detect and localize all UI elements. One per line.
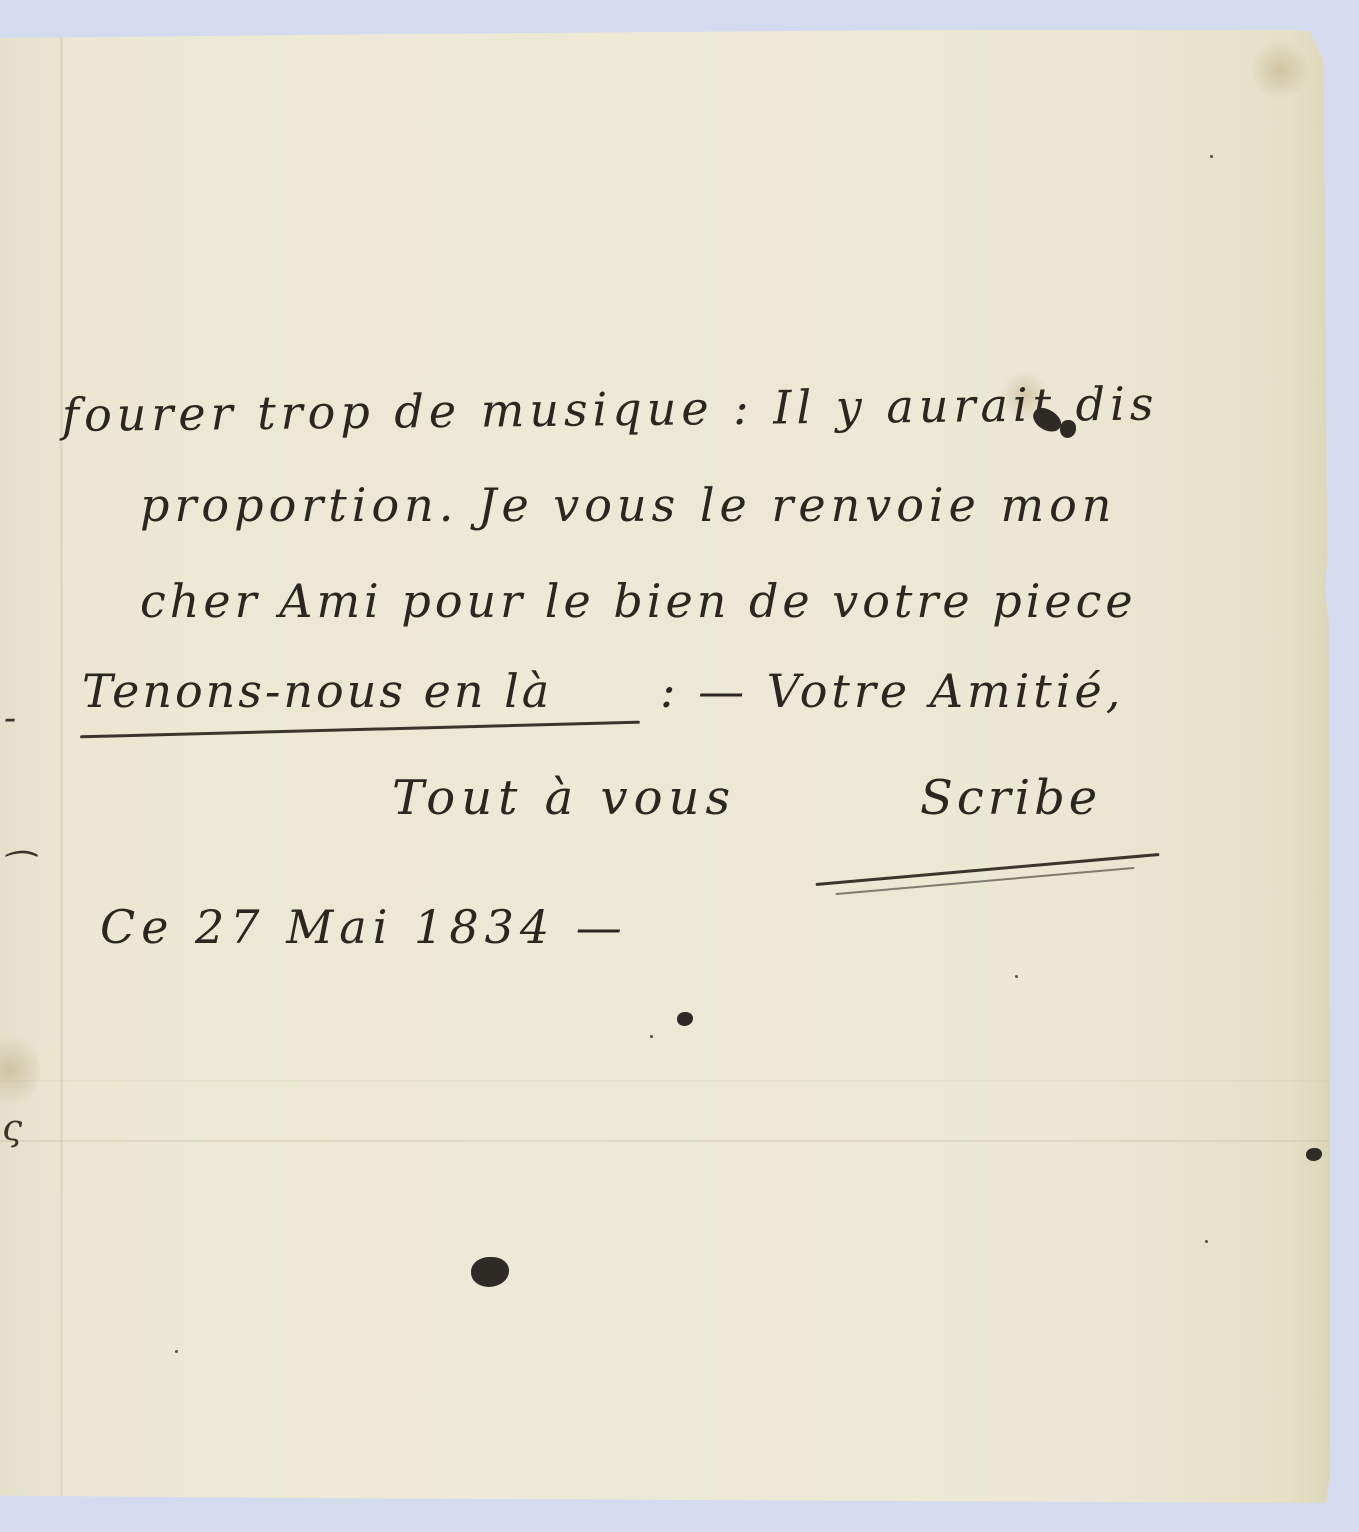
margin-fragment: ⁀ bbox=[0, 852, 29, 893]
ink-speck bbox=[650, 1035, 653, 1038]
ink-speck bbox=[175, 1350, 178, 1353]
margin-fragment: ς bbox=[2, 1108, 22, 1149]
letter-line-3: cher Ami pour le bien de votre piece bbox=[140, 574, 1137, 628]
letter-sheet: - ⁀ ς bbox=[0, 30, 1330, 1503]
ink-speck bbox=[1205, 1240, 1208, 1243]
letter-line-4-underlined: Tenons-nous en là bbox=[82, 664, 552, 718]
foxing-stain bbox=[1250, 40, 1310, 100]
date-line: Ce 27 Mai 1834 — bbox=[100, 900, 628, 954]
ink-speck bbox=[1210, 155, 1213, 158]
foxing-stain bbox=[0, 1030, 40, 1110]
ink-speck bbox=[1015, 975, 1018, 978]
paper-fold bbox=[0, 1080, 1330, 1082]
signature: Scribe bbox=[920, 770, 1101, 826]
letter-line-2: proportion. Je vous le renvoie mon bbox=[140, 478, 1116, 532]
paper-fold bbox=[0, 1140, 1330, 1142]
letter-line-1: fourer trop de musique : Il y aurait dis bbox=[62, 377, 1159, 442]
letter-line-4-rest: : — Votre Amitié, bbox=[660, 664, 1124, 718]
closing-text: Tout à vous bbox=[392, 770, 736, 826]
margin-fragment: - bbox=[4, 698, 16, 739]
